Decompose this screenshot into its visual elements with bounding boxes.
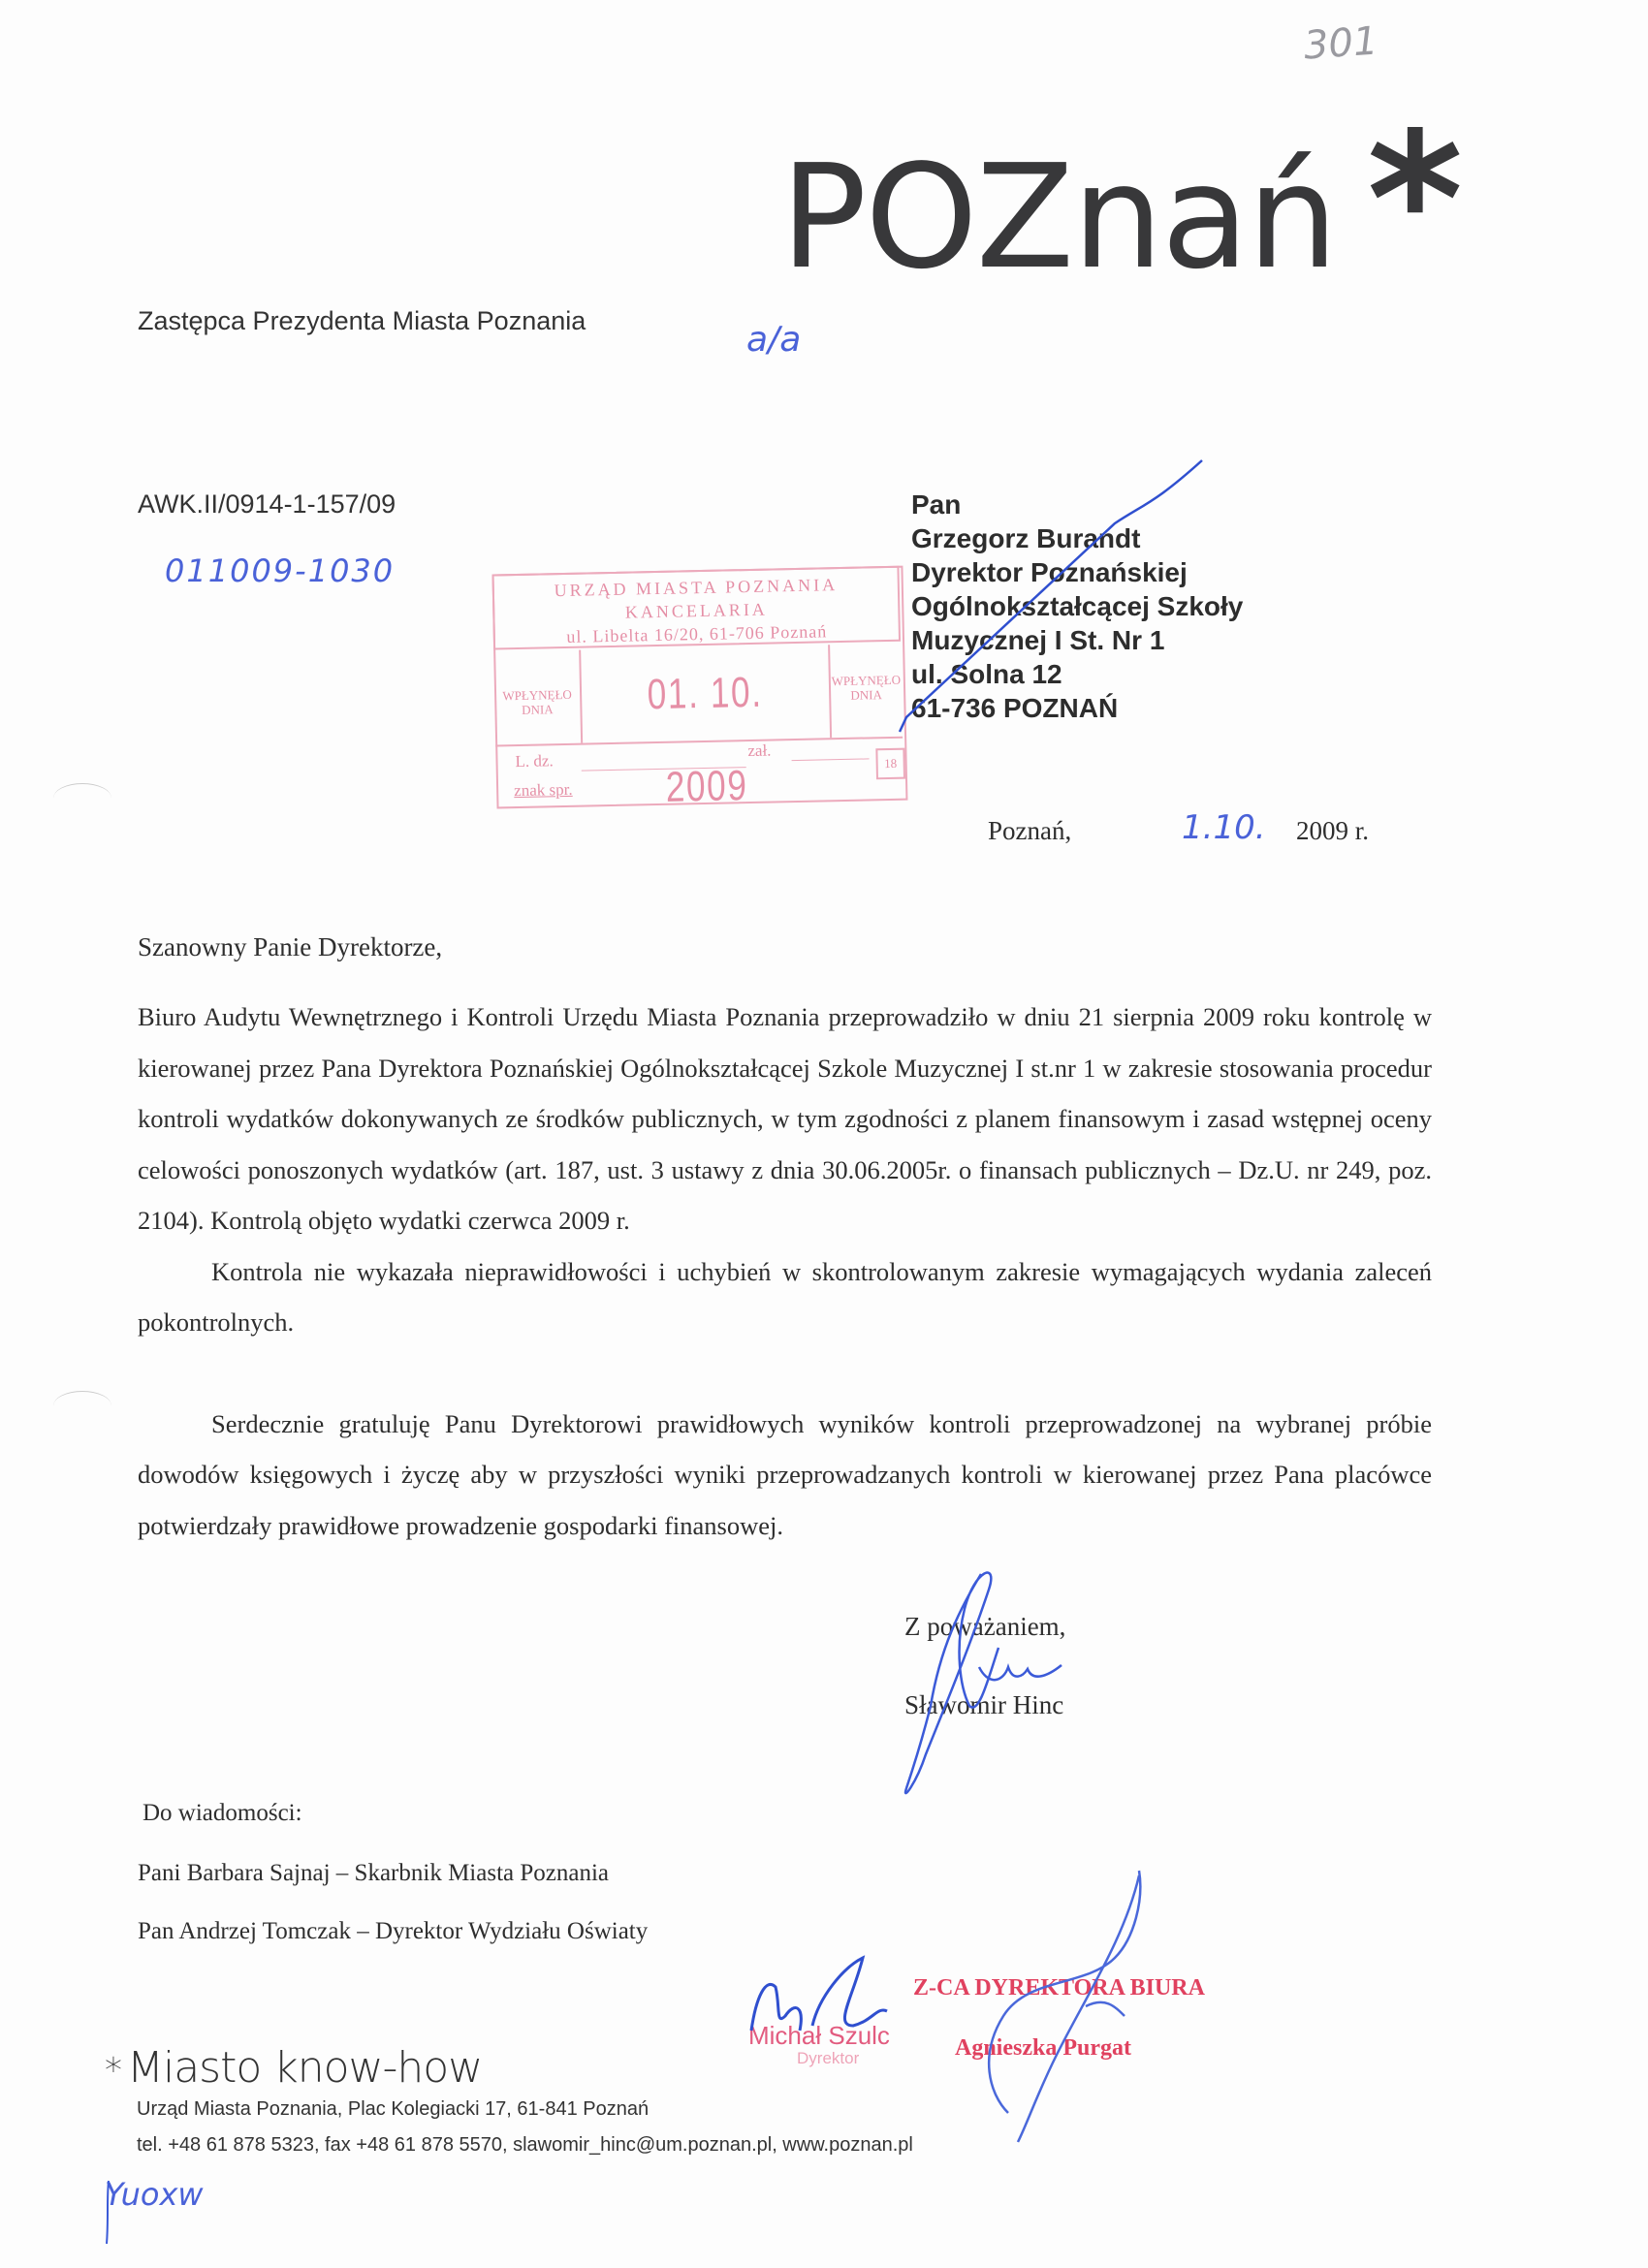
archive-number: 301 <box>1302 18 1379 68</box>
letter-body: Biuro Audytu Wewnętrznego i Kontroli Urz… <box>138 992 1432 1551</box>
distribution-heading: Do wiadomości: <box>143 1800 302 1827</box>
asterisk-icon: * <box>105 2051 121 2091</box>
recipient-city: 61-736 POZNAŃ <box>911 691 1243 725</box>
recipient-street: ul. Solna 12 <box>911 657 1243 691</box>
distribution-list: Pani Barbara Sajnaj – Skarbnik Miasta Po… <box>138 1844 648 1961</box>
signatory-name: Sławomir Hinc <box>904 1690 1063 1720</box>
recipient-line: Muzycznej I St. Nr 1 <box>911 623 1243 657</box>
scan-mark <box>53 783 111 813</box>
reference-number: AWK.II/0914-1-157/09 <box>138 489 396 520</box>
recipient-name: Grzegorz Burandt <box>911 521 1243 555</box>
stamp-znak-label: znak spr. <box>514 780 573 801</box>
recipient-line: Dyrektor Poznańskiej <box>911 555 1243 589</box>
footer-contact: tel. +48 61 878 5323, fax +48 61 878 557… <box>137 2134 913 2157</box>
salutation: Szanowny Panie Dyrektorze, <box>138 932 442 962</box>
stamp-ldz-label: L. dz. <box>515 751 554 772</box>
poznan-logo: POZnań <box>780 145 1336 289</box>
stamp-zal-label: zał. <box>747 741 771 761</box>
signature-szulc <box>751 1958 887 2031</box>
approver-1-name: Michał Szulc <box>748 2024 890 2047</box>
body-paragraph: Biuro Audytu Wewnętrznego i Kontroli Urz… <box>138 992 1432 1246</box>
signature-purgat <box>989 1871 1140 2142</box>
asterisk-icon: * <box>1367 109 1463 293</box>
stamp-received-label-right: WPŁYNĘŁO DNIA <box>828 644 903 739</box>
handwritten-registry-number: 011009-1030 <box>165 552 395 589</box>
distribution-recipient: Pan Andrzej Tomczak – Dyrektor Wydziału … <box>138 1903 648 1961</box>
approver-2-title: Z-CA DYREKTORA BIURA <box>913 1975 1205 2001</box>
stamp-box-number: 18 <box>875 748 905 780</box>
approver-1-role: Dyrektor <box>748 2047 890 2070</box>
signature-hinc <box>905 1573 1062 1794</box>
recipient-line: Ogólnokształcącej Szkoły <box>911 589 1243 623</box>
footer-slogan: *Miasto know-how <box>105 2043 482 2093</box>
stamp-header: URZĄD MIASTA POZNANIA KANCELARIA ul. Lib… <box>491 566 901 650</box>
distribution-recipient: Pani Barbara Sajnaj – Skarbnik Miasta Po… <box>138 1844 648 1903</box>
scan-mark <box>53 1391 111 1421</box>
date-year: 2009 r. <box>1296 816 1369 846</box>
body-paragraph: Kontrola nie wykazała nieprawidłowości i… <box>138 1246 1432 1348</box>
body-paragraph: Serdecznie gratuluję Panu Dyrektorowi pr… <box>138 1399 1432 1552</box>
stamp-received-date: 01. 10. 2009 <box>607 646 803 742</box>
recipient-address: Pan Grzegorz Burandt Dyrektor Poznańskie… <box>911 488 1243 725</box>
closing: Z poważaniem, <box>904 1612 1065 1642</box>
logo-wordmark: POZnań <box>780 145 1336 289</box>
handwritten-note: a/a <box>746 320 801 360</box>
handwritten-date: 1.10. <box>1182 808 1266 847</box>
handwritten-initials: Yuoxw <box>105 2176 204 2213</box>
approval-stamp-1: Michał Szulc Dyrektor <box>748 2024 890 2070</box>
footer-address: Urząd Miasta Poznania, Plac Kolegiacki 1… <box>137 2098 649 2121</box>
stamp-received-label-left: WPŁYNĘŁO DNIA <box>493 650 583 745</box>
approver-2-name: Agnieszka Purgat <box>955 2035 1131 2062</box>
recipient-line: Pan <box>911 488 1243 521</box>
slogan-text: Miasto know-how <box>127 2043 482 2093</box>
registry-stamp: URZĄD MIASTA POZNANIA KANCELARIA ul. Lib… <box>491 558 913 819</box>
sender-title: Zastępca Prezydenta Miasta Poznania <box>138 306 586 336</box>
date-place: Poznań, <box>988 816 1071 846</box>
